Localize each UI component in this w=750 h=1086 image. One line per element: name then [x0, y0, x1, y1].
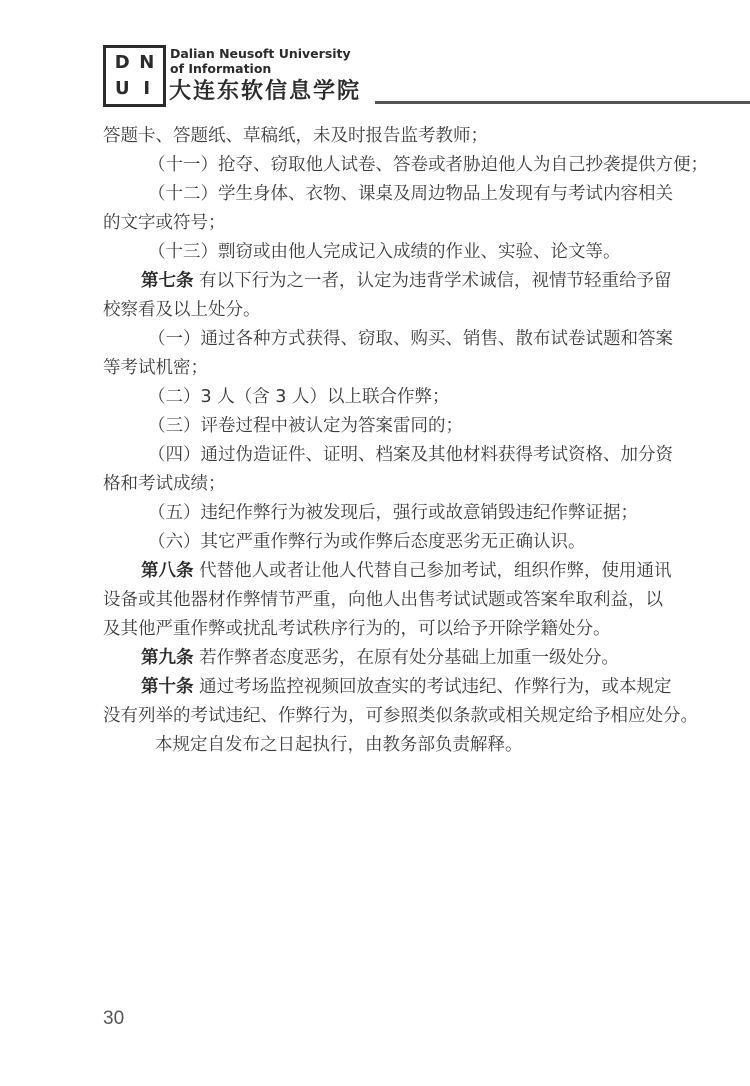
clause-5: （五）违纪作弊行为被发现后，强行或故意销毁违纪作弊证据；	[103, 499, 675, 528]
article-8-title: 第八条	[141, 561, 194, 581]
logo-letter-d: D	[110, 50, 135, 76]
clause-4: （四）通过伪造证件、证明、档案及其他材料获得考试资格、加分资	[103, 441, 675, 470]
article-7-title: 第七条	[141, 271, 194, 291]
clause-11: （十一）抢夺、窃取他人试卷、答卷或者胁迫他人为自己抄袭提供方便；	[103, 151, 675, 180]
university-name-en: Dalian Neusoft University of Information	[170, 46, 351, 76]
clause-3: （三）评卷过程中被认定为答案雷同的；	[103, 412, 675, 441]
logo-letter-n: N	[135, 50, 160, 76]
article-10-title: 第十条	[141, 677, 194, 697]
page-header: D N U I Dalian Neusoft University of Inf…	[103, 45, 750, 105]
clause-1: （一）通过各种方式获得、窃取、购买、销售、散布试卷试题和答案	[103, 325, 675, 354]
text-line: 答题卡、答题纸、草稿纸，未及时报告监考教师；	[103, 122, 675, 151]
text-line: 等考试机密；	[103, 354, 675, 383]
article-10: 第十条 通过考场监控视频回放查实的考试违纪、作弊行为，或本规定	[103, 673, 675, 702]
article-7-text: 有以下行为之一者，认定为违背学术诚信，视情节轻重给予留	[194, 271, 672, 291]
clause-13: （十三）剽窃或由他人完成记入成绩的作业、实验、论文等。	[103, 238, 675, 267]
closing-statement: 本规定自发布之日起执行，由教务部负责解释。	[103, 731, 675, 760]
university-logo: D N U I	[103, 45, 166, 107]
header-divider	[375, 101, 750, 104]
article-9-text: 若作弊者态度恶劣，在原有处分基础上加重一级处分。	[194, 648, 620, 668]
text-line: 设备或其他器材作弊情节严重，向他人出售考试试题或答案牟取利益，以	[103, 586, 675, 615]
text-line: 格和考试成绩；	[103, 470, 675, 499]
clause-12: （十二）学生身体、衣物、课桌及周边物品上发现有与考试内容相关	[103, 180, 675, 209]
article-10-text: 通过考场监控视频回放查实的考试违纪、作弊行为，或本规定	[194, 677, 672, 697]
university-name-cn: 大连东软信息学院	[169, 79, 361, 105]
article-8: 第八条 代替他人或者让他人代替自己参加考试，组织作弊，使用通讯	[103, 557, 675, 586]
text-line: 校察看及以上处分。	[103, 296, 675, 325]
logo-letter-u: U	[110, 76, 135, 102]
article-9-title: 第九条	[141, 648, 194, 668]
university-name-en-line2: of Information	[170, 61, 351, 76]
clause-2: （二）3 人（含 3 人）以上联合作弊；	[103, 383, 675, 412]
clause-6: （六）其它严重作弊行为或作弊后态度恶劣无正确认识。	[103, 528, 675, 557]
article-7: 第七条 有以下行为之一者，认定为违背学术诚信，视情节轻重给予留	[103, 267, 675, 296]
text-line: 及其他严重作弊或扰乱考试秩序行为的，可以给予开除学籍处分。	[103, 615, 675, 644]
page-number: 30	[103, 1008, 124, 1030]
article-9: 第九条 若作弊者态度恶劣，在原有处分基础上加重一级处分。	[103, 644, 675, 673]
article-8-text: 代替他人或者让他人代替自己参加考试，组织作弊，使用通讯	[194, 561, 672, 581]
text-line: 没有列举的考试违纪、作弊行为，可参照类似条款或相关规定给予相应处分。	[103, 702, 675, 731]
logo-letter-i: I	[135, 76, 160, 102]
text-line: 的文字或符号；	[103, 209, 675, 238]
document-body: 答题卡、答题纸、草稿纸，未及时报告监考教师； （十一）抢夺、窃取他人试卷、答卷或…	[103, 122, 675, 760]
university-name-en-line1: Dalian Neusoft University	[170, 46, 351, 61]
